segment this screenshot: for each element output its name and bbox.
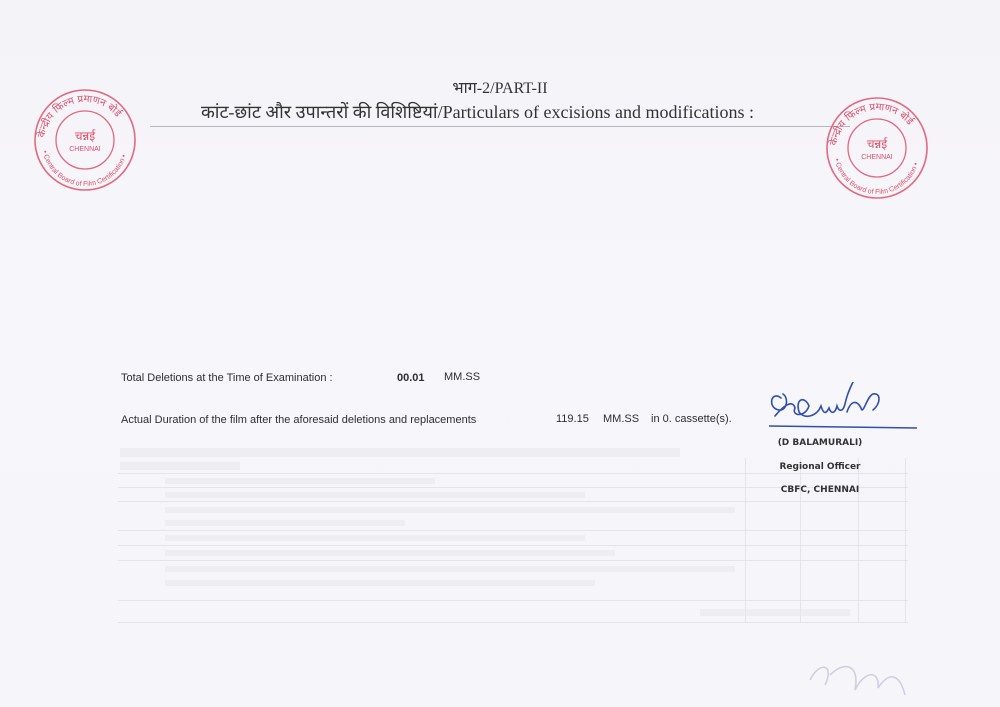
cbfc-seal-right: केन्द्रीय फिल्म प्रमाणन बोर्ड • Central … [822, 93, 932, 203]
signatory-office: CBFC, CHENNAI [760, 485, 880, 495]
svg-text:CHENNAI: CHENNAI [69, 146, 101, 153]
total-deletions-label: Total Deletions at the Time of Examinati… [121, 372, 333, 384]
total-deletions-unit: MM.SS [444, 371, 480, 383]
faint-signature-icon [800, 650, 920, 705]
signatory-designation: Regional Officer [760, 462, 880, 472]
header-divider [150, 126, 850, 127]
section-title: कांट-छांट और उपान्तरों की विशिष्टियां/Pa… [0, 100, 955, 124]
seal-stamp-icon: केन्द्रीय फिल्म प्रमाणन बोर्ड • Central … [822, 93, 932, 203]
svg-text:CHENNAI: CHENNAI [861, 154, 893, 161]
actual-duration-unit: MM.SS [603, 413, 639, 425]
actual-duration-value: 119.15 [556, 413, 589, 425]
svg-text:चन्नई: चन्नई [75, 129, 96, 143]
actual-duration-label: Actual Duration of the film after the af… [121, 414, 476, 426]
signatory-name: (D BALAMURALI) [760, 438, 880, 448]
cbfc-seal-left: केन्द्रीय फिल्म प्रमाणन बोर्ड • Central … [30, 85, 140, 195]
svg-text:चन्नई: चन्नई [867, 137, 888, 151]
seal-stamp-icon: केन्द्रीय फिल्म प्रमाणन बोर्ड • Central … [30, 85, 140, 195]
signature-icon [765, 382, 925, 434]
total-deletions-value: 00.01 [397, 372, 425, 384]
cassette-text: in 0. cassette(s). [651, 413, 732, 425]
